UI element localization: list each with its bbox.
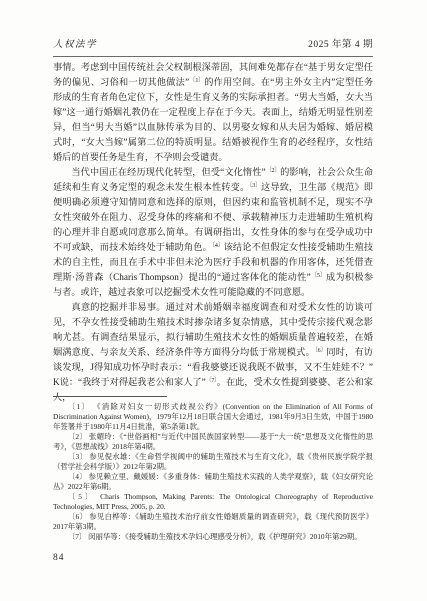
footnotes-section: 〔1〕 《消除对妇女一切形式歧视公约》(Convention on the El…	[53, 396, 373, 542]
body-paragraph-3: 真意的挖掘并非易事。通过对术前婚姻幸福度调查和对受术女性的访谈可见，不孕女性接受…	[53, 300, 373, 405]
footnote-item-5: 〔5〕 Charis Thompson, Making Parents: The…	[53, 492, 373, 512]
journal-title: 人权法学	[53, 36, 97, 50]
footnote-separator	[53, 396, 167, 397]
footnote-item-1: 〔1〕 《消除对妇女一切形式歧视公约》(Convention on the El…	[53, 402, 373, 432]
footnote-item-4: 〔4〕 参见赖立里、戴媛媛：《多重身体：辅助生殖技术实践的人类学观察》，载《妇女…	[53, 472, 373, 492]
page-number: 84	[53, 553, 65, 563]
footnote-item-3: 〔3〕 参见倪水雄：《生命哲学视阈中的辅助生殖技术与生育文化》，载《贵州民族学院…	[53, 452, 373, 472]
body-text: 事情。考虑到中国传统社会父权制根深蒂固，其间难免都存在“基于男女定型任务的偏见、…	[53, 60, 373, 405]
journal-page: 人权法学 2025 年第 4 期 事情。考虑到中国传统社会父权制根深蒂固，其间难…	[0, 0, 427, 601]
body-paragraph-2: 当代中国正在经历现代化转型，但受“文化惰性”〔2〕的影响，社会公众生命延续和生育…	[53, 165, 373, 300]
footnote-item-6: 〔6〕 参见白桦等：《辅助生殖技术治疗前女性婚姻质量的调查研究》，载《现代预防医…	[53, 512, 373, 532]
footnote-item-2: 〔2〕 张媚玲：《“世俗画相”与近代中国民族国家转型——基于“大一统”思想及文化…	[53, 432, 373, 452]
body-paragraph-1: 事情。考虑到中国传统社会父权制根深蒂固，其间难免都存在“基于男女定型任务的偏见、…	[53, 60, 373, 165]
page-header: 人权法学 2025 年第 4 期	[53, 36, 373, 57]
issue-label: 2025 年第 4 期	[308, 36, 373, 50]
footnote-item-7: 〔7〕 闵丽华等：《接受辅助生殖技术孕妇心理感受分析》，载《护理研究》2010年…	[53, 532, 373, 542]
